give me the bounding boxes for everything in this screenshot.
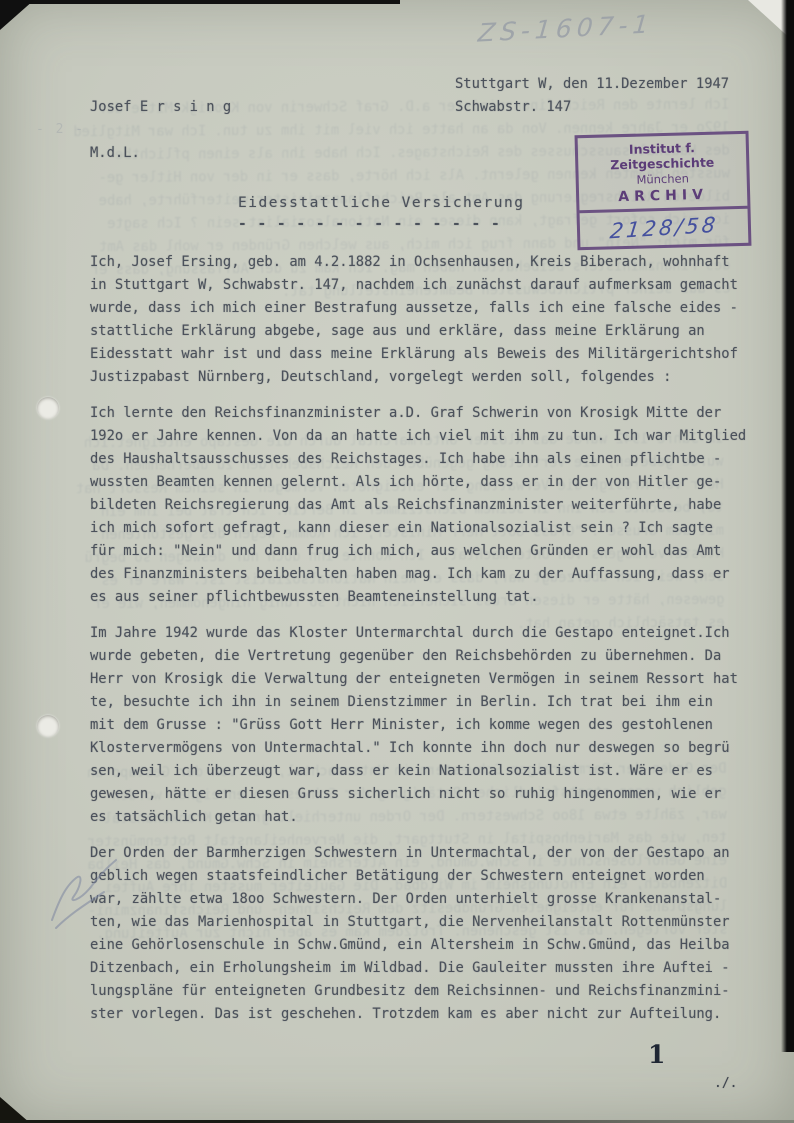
paragraph-krosigk: Ich lernte den Reichsfinanzminister a.D.…: [90, 402, 762, 609]
continuation-mark: ./.: [714, 1076, 737, 1091]
author-name: Josef E r s i n g: [90, 96, 231, 119]
scanned-document-page: Ich lernte den Reichsfinanzminister a.D.…: [0, 0, 794, 1123]
archive-stamp: Institut f. Zeitgeschichte München ARCHI…: [575, 131, 752, 251]
place-date: Stuttgart W, den 11.Dezember 1947: [455, 73, 729, 96]
stamp-number-box: 2128/58: [580, 209, 749, 247]
scan-edge-right: [781, 0, 794, 1052]
archive-reference-handwriting: ZS-1607-1: [477, 9, 655, 47]
paragraph-kloster: Im Jahre 1942 wurde das Kloster Untermar…: [90, 622, 762, 829]
paragraph-orden: Der Orden der Barmherzigen Schwestern in…: [90, 842, 762, 1026]
page-number: 1: [648, 1040, 665, 1069]
stamp-text-block: Institut f. Zeitgeschichte München ARCHI…: [578, 134, 748, 213]
stamp-institute-line: Institut f. Zeitgeschichte: [582, 139, 743, 173]
stamp-city-line: München: [583, 170, 743, 188]
stamp-archiv-line: ARCHIV: [583, 186, 743, 206]
document-title: Eidesstattliche Versicherung: [238, 195, 524, 211]
faint-page-number: - 2 -: [36, 122, 85, 137]
header-author-block: Josef E r s i n g M.d.L.: [90, 73, 231, 188]
stamp-number-handwriting: 2128/58: [609, 213, 720, 244]
header-date-block: Stuttgart W, den 11.Dezember 1947 Schwab…: [455, 73, 729, 119]
punch-hole: [37, 397, 59, 419]
punch-hole: [37, 715, 59, 737]
author-title: M.d.L.: [90, 142, 231, 165]
scan-edge-top: [0, 0, 400, 4]
title-underline: - - - - - - - - - - - - - -: [238, 216, 501, 232]
address: Schwabstr. 147: [455, 96, 729, 119]
document-body: Ich, Josef Ersing, geb. am 4.2.1882 in O…: [90, 251, 762, 1039]
paragraph-oath: Ich, Josef Ersing, geb. am 4.2.1882 in O…: [90, 251, 762, 389]
scan-corner-top-left: [0, 0, 34, 30]
